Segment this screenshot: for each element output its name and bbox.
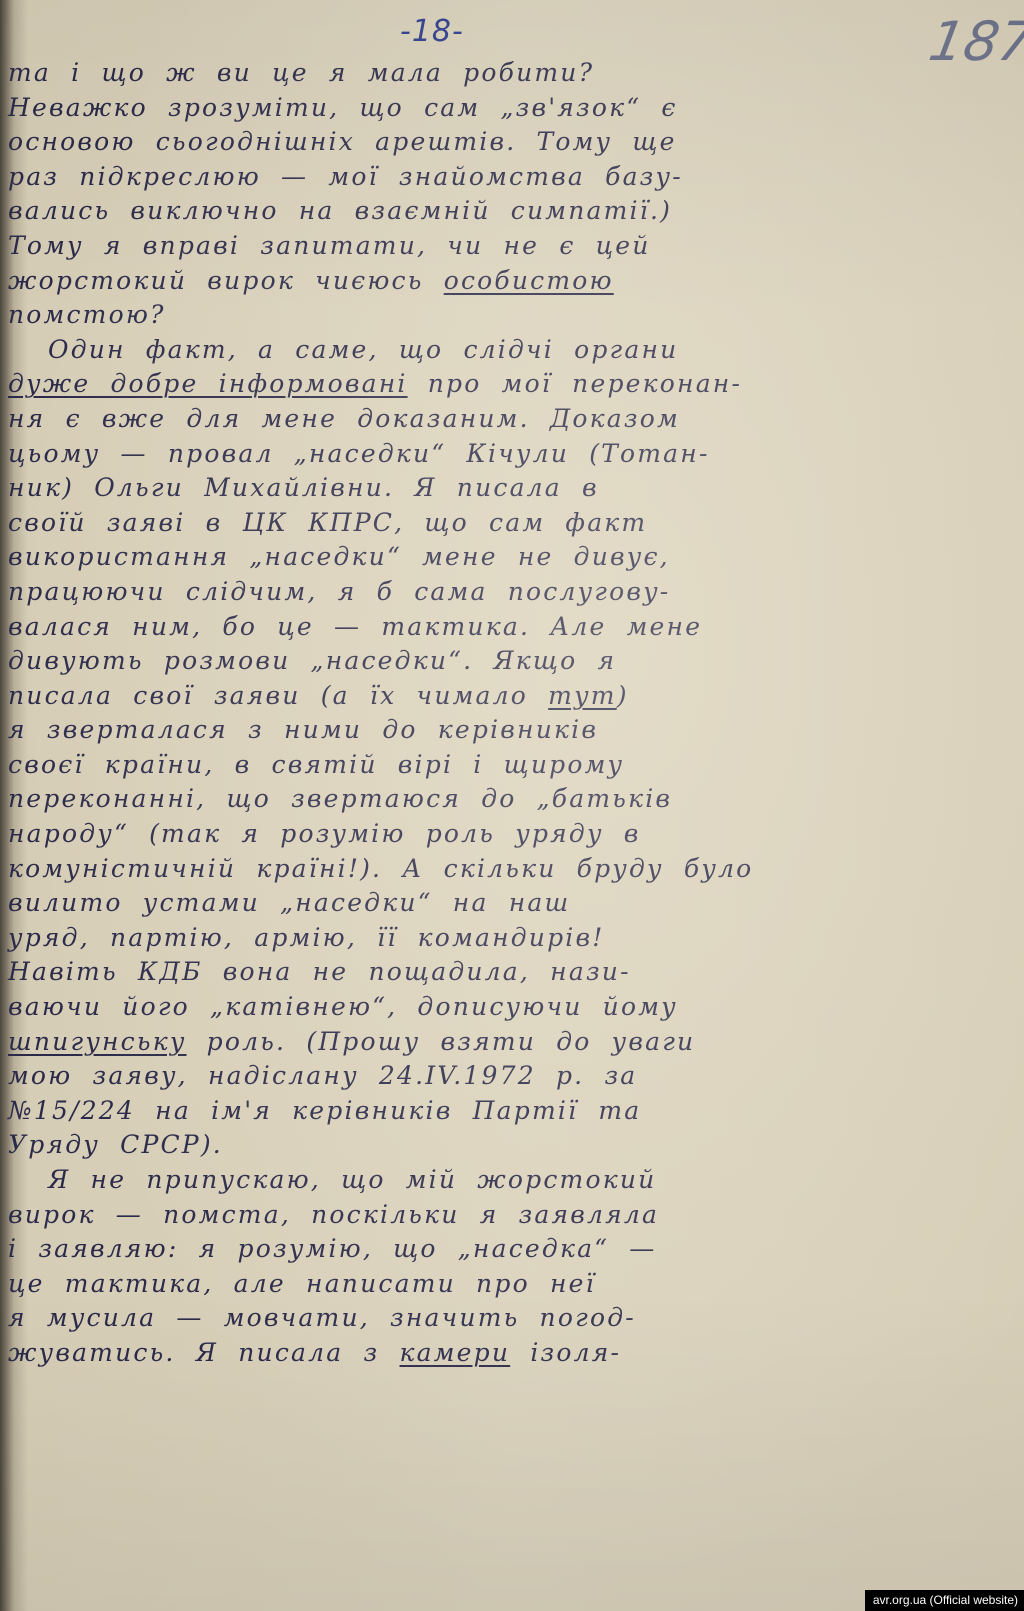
scanned-document-page: -18- 187 та і що ж ви це я мала робити?Н…: [0, 0, 1024, 1611]
handwritten-line: вирок — помста, поскільки я заявляла: [8, 1198, 983, 1233]
handwritten-line: валася ним, бо це — тактика. Але мене: [8, 610, 983, 645]
handwritten-line: переконанні, що звертаюся до „батьків: [8, 782, 983, 817]
handwritten-line: дивують розмови „наседки“. Якщо я: [8, 644, 983, 679]
handwritten-line: цьому — провал „наседки“ Кічули (Тотан-: [8, 437, 983, 472]
handwritten-line: шпигунську роль. (Прошу взяти до уваги: [8, 1025, 983, 1060]
handwritten-line: Навіть КДБ вона не пощадила, нази-: [8, 955, 983, 990]
handwritten-line: комуністичній країні!). А скільки бруду …: [8, 852, 983, 887]
source-watermark: avr.org.ua (Official website): [865, 1590, 1024, 1611]
handwritten-line: працюючи слідчим, я б сама послугову-: [8, 575, 983, 610]
handwritten-line: використання „наседки“ мене не дивує,: [8, 540, 983, 575]
handwritten-line: уряд, партію, армію, її командирів!: [8, 921, 983, 956]
handwritten-line: своїй заяві в ЦК КПРС, що сам факт: [8, 506, 983, 541]
underlined-phrase: особистою: [444, 266, 614, 295]
handwritten-line: жуватись. Я писала з камери ізоля-: [8, 1336, 983, 1371]
handwritten-line: помстою?: [8, 298, 983, 333]
handwritten-line: і заявляю: я розумію, що „наседка“ —: [8, 1232, 983, 1267]
handwritten-line: писала свої заяви (а їх чимало тут): [8, 679, 983, 714]
underlined-phrase: шпигунську: [8, 1027, 187, 1056]
underlined-phrase: камери: [400, 1338, 511, 1367]
page-number: -18-: [400, 14, 464, 49]
handwritten-line: ник) Ольги Михайлівни. Я писала в: [8, 471, 983, 506]
handwritten-line: своєї країни, в святій вірі і щирому: [8, 748, 983, 783]
handwritten-line: №15/224 на ім'я керівників Партії та: [8, 1094, 983, 1129]
handwritten-line: Уряду СРСР).: [8, 1128, 983, 1163]
handwritten-text-body: та і що ж ви це я мала робити?Неважко зр…: [8, 56, 983, 1371]
handwritten-line: вилито устами „наседки“ на наш: [8, 886, 983, 921]
handwritten-line: це тактика, але написати про неї: [8, 1267, 983, 1302]
underlined-phrase: тут: [548, 681, 617, 710]
handwritten-line: Неважко зрозуміти, що сам „зв'язок“ є: [8, 91, 983, 126]
handwritten-line: Тому я вправі запитати, чи не є цей: [8, 229, 983, 264]
handwritten-line: Я не припускаю, що мій жорстокий: [8, 1163, 983, 1198]
handwritten-line: раз підкреслюю — мої знайомства базу-: [8, 160, 983, 195]
handwritten-line: жорстокий вирок чиєюсь особистою: [8, 264, 983, 299]
handwritten-line: та і що ж ви це я мала робити?: [8, 56, 983, 91]
handwritten-line: ня є вже для мене доказаним. Доказом: [8, 402, 983, 437]
underlined-phrase: дуже добре інформовані: [8, 369, 408, 398]
handwritten-line: Один факт, а саме, що слідчі органи: [8, 333, 983, 368]
handwritten-line: я зверталася з ними до керівників: [8, 713, 983, 748]
handwritten-line: я мусила — мовчати, значить погод-: [8, 1301, 983, 1336]
handwritten-line: дуже добре інформовані про мої переконан…: [8, 367, 983, 402]
handwritten-line: народу“ (так я розумію роль уряду в: [8, 817, 983, 852]
handwritten-line: вались виключно на взаємній симпатії.): [8, 194, 983, 229]
handwritten-line: мою заяву, надіслану 24.IV.1972 р. за: [8, 1059, 983, 1094]
handwritten-line: основою сьогоднішніх арештів. Тому ще: [8, 125, 983, 160]
handwritten-line: ваючи його „катівнею“, дописуючи йому: [8, 990, 983, 1025]
